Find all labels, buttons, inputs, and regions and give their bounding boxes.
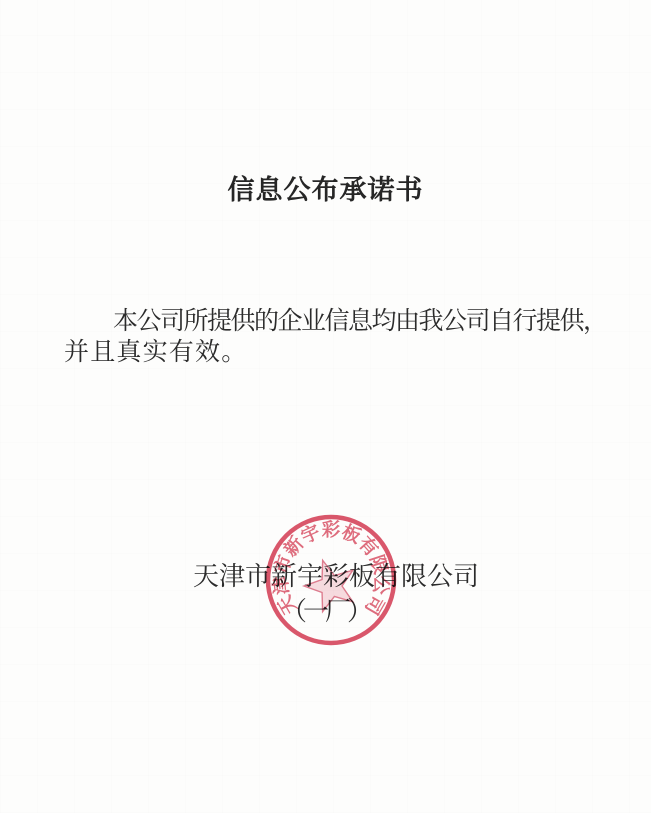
body-text-line-1: 本公司所提供的企业信息均由我公司自行提供，	[113, 309, 607, 334]
star-icon	[298, 552, 362, 614]
company-seal-stamp: 天津市新宇彩板有限公司	[261, 510, 401, 650]
body-text-line-2: 并且真实有效。	[64, 340, 247, 365]
document-title: 信息公布承诺书	[0, 168, 651, 207]
seal-ring-char: 彩	[322, 520, 341, 541]
scanned-document-page: 信息公布承诺书 本公司所提供的企业信息均由我公司自行提供， 并且真实有效。 天津…	[0, 0, 651, 813]
seal-ring-char: 津	[269, 574, 293, 595]
